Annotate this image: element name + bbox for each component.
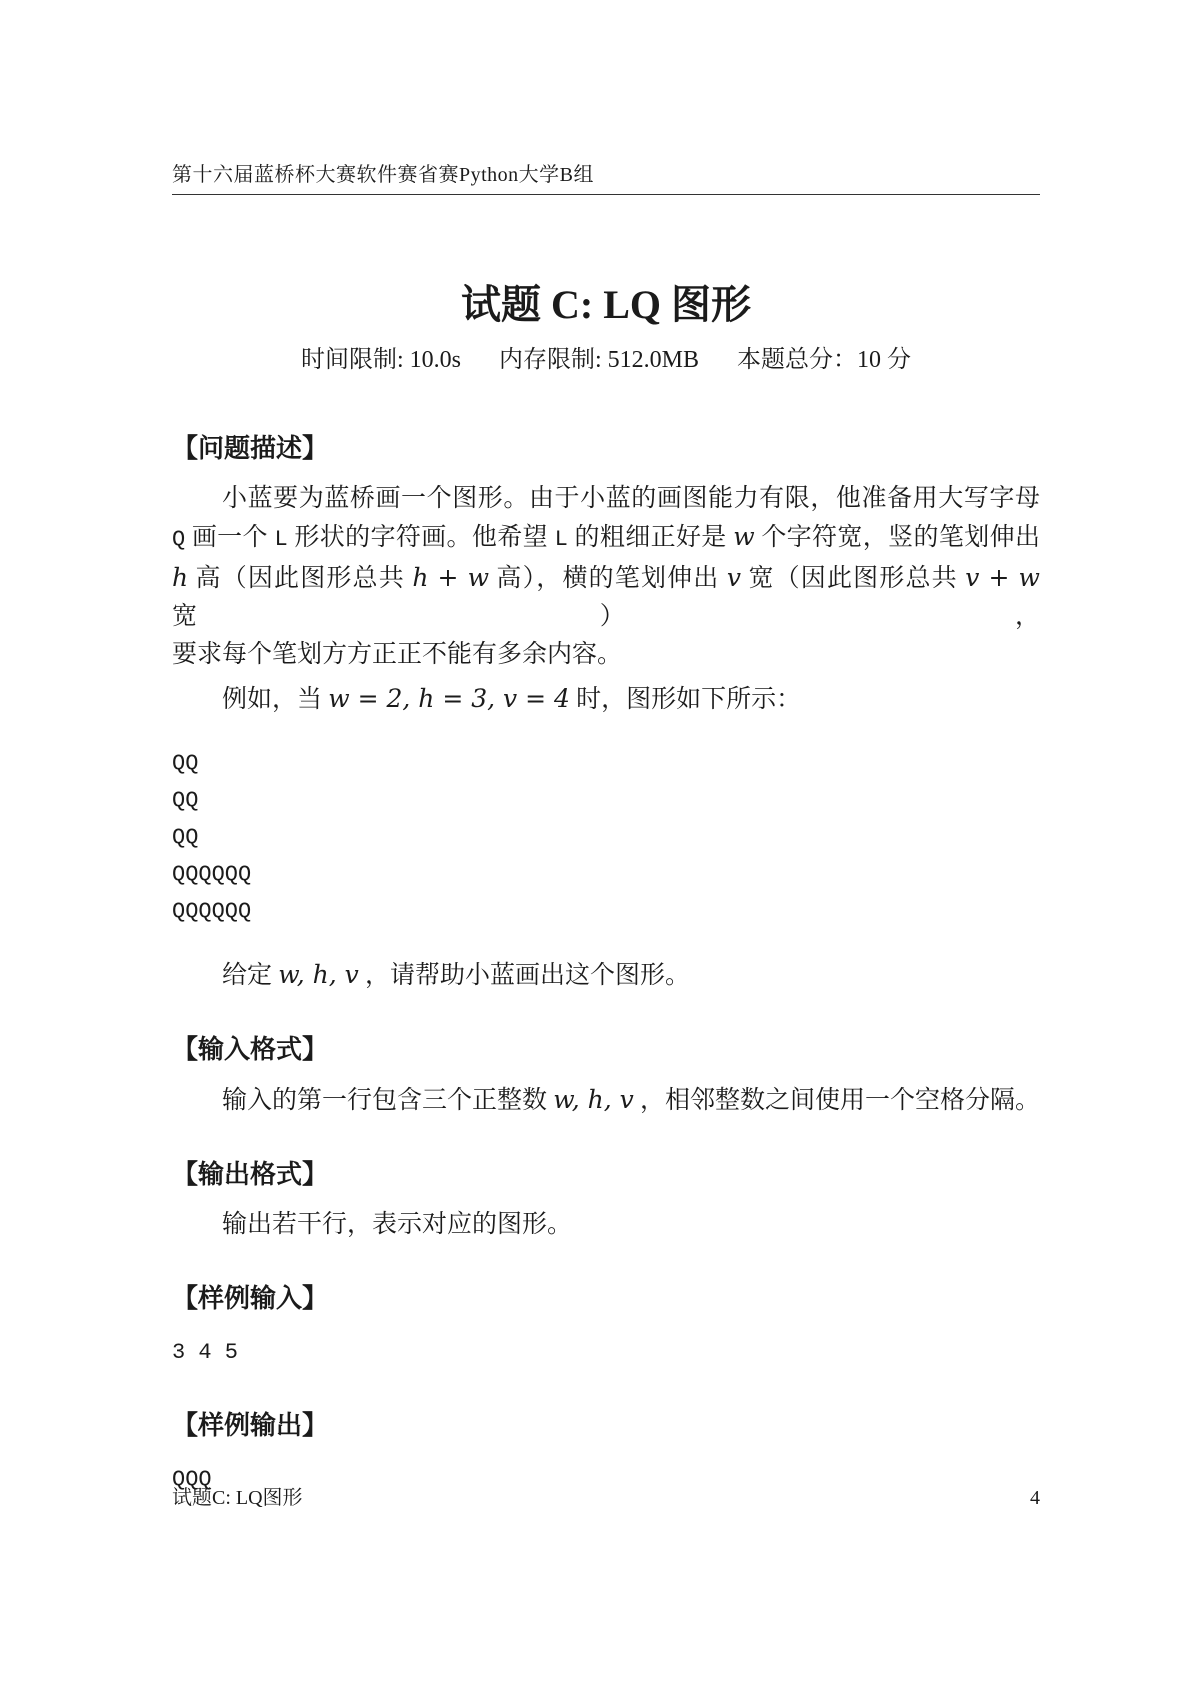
code-line: 3 4 5 [172, 1334, 1040, 1371]
meta-line: 时间限制: 10.0s内存限制: 512.0MB本题总分：10 分 [172, 345, 1040, 375]
section-heading: 【样例输出】 [172, 1407, 1040, 1443]
paragraph: 给定 w, h, v ，请帮助小蓝画出这个图形。 [172, 956, 1040, 995]
paragraph-line: h 高（因此图形总共 h + w 高），横的笔划伸出 v 宽（因此图形总共 v … [172, 559, 1040, 636]
problem-title: 试题 C: LQ 图形 [172, 281, 1040, 329]
paragraph: 小蓝要为蓝桥画一个图形。由于小蓝的画图能力有限，他准备用大写字母Q 画一个 L … [172, 480, 1040, 674]
running-head: 第十六届蓝桥杯大赛软件赛省赛Python大学B组 [172, 163, 1040, 187]
text-run: ，请帮助小蓝画出这个图形。 [359, 962, 690, 989]
math-variable: w [733, 522, 754, 551]
paragraph-line: 例如，当 w = 2, h = 3, v = 4 时，图形如下所示： [172, 680, 1040, 719]
code-line: QQ [172, 819, 1040, 856]
text-run: 宽）， [172, 603, 1040, 630]
math-variable: v + w [965, 563, 1040, 592]
section-heading: 【样例输入】 [172, 1280, 1040, 1316]
text-run: 小蓝要为蓝桥画一个图形。由于小蓝的画图能力有限，他准备用大写字母 [222, 485, 1040, 512]
header-rule [172, 194, 1040, 195]
math-variable: w, h, v [278, 960, 358, 989]
total-score: 本题总分：10 分 [737, 347, 911, 373]
page-footer: 试题C: LQ图形 4 [172, 1486, 1040, 1510]
math-variable: h + w [412, 563, 489, 592]
code-block: 3 4 5 [172, 1334, 1040, 1371]
text-run: 输入的第一行包含三个正整数 [222, 1087, 553, 1114]
math-variable: w, h, v [553, 1085, 633, 1114]
code-line: QQQQQQ [172, 856, 1040, 893]
paragraph-line: 要求每个笔划方方正正不能有多余内容。 [172, 636, 1040, 674]
text-run: 例如，当 [222, 686, 328, 713]
paragraph: 输入的第一行包含三个正整数 w, h, v ，相邻整数之间使用一个空格分隔。 [172, 1081, 1040, 1120]
text-run: 时，图形如下所示： [570, 686, 801, 713]
text-run: 要求每个笔划方方正正不能有多余内容。 [172, 641, 622, 668]
paragraph-line: 输入的第一行包含三个正整数 w, h, v ，相邻整数之间使用一个空格分隔。 [172, 1081, 1040, 1120]
math-variable: w = 2, h = 3, v = 4 [328, 684, 570, 713]
footer-title: 试题C: LQ图形 [172, 1486, 303, 1510]
paragraph-line: 小蓝要为蓝桥画一个图形。由于小蓝的画图能力有限，他准备用大写字母 [172, 480, 1040, 518]
text-run: 的粗细正好是 [568, 524, 733, 551]
code-literal: L [275, 527, 288, 552]
code-line: QQQQQQ [172, 893, 1040, 930]
paragraph-line: 输出若干行，表示对应的图形。 [172, 1206, 1040, 1244]
problem-section: 【输出格式】输出若干行，表示对应的图形。 [172, 1156, 1040, 1244]
paragraph: 输出若干行，表示对应的图形。 [172, 1206, 1040, 1244]
text-run: 高），横的笔划伸出 [489, 565, 727, 592]
code-literal: Q [172, 527, 185, 552]
text-run: 画一个 [185, 524, 274, 551]
section-heading: 【问题描述】 [172, 430, 1040, 466]
code-line: QQ [172, 782, 1040, 819]
page-number: 4 [1030, 1486, 1040, 1510]
problem-section: 【样例输入】3 4 5 [172, 1280, 1040, 1371]
code-line: QQ [172, 745, 1040, 782]
time-limit: 时间限制: 10.0s [301, 347, 461, 373]
section-heading: 【输入格式】 [172, 1031, 1040, 1067]
paragraph-line: 给定 w, h, v ，请帮助小蓝画出这个图形。 [172, 956, 1040, 995]
math-variable: h [172, 563, 188, 592]
sections-container: 【问题描述】小蓝要为蓝桥画一个图形。由于小蓝的画图能力有限，他准备用大写字母Q … [172, 430, 1040, 1498]
problem-section: 【输入格式】输入的第一行包含三个正整数 w, h, v ，相邻整数之间使用一个空… [172, 1031, 1040, 1120]
memory-limit: 内存限制: 512.0MB [499, 347, 699, 373]
text-run: 输出若干行，表示对应的图形。 [222, 1211, 572, 1238]
text-run: ，相邻整数之间使用一个空格分隔。 [634, 1087, 1040, 1114]
code-block: QQQQQQQQQQQQQQQQQQ [172, 745, 1040, 930]
text-run: 宽（因此图形总共 [741, 565, 965, 592]
text-run: 个字符宽，竖的笔划伸出 [755, 524, 1040, 551]
math-variable: v [727, 563, 741, 592]
problem-section: 【样例输出】QQQ [172, 1407, 1040, 1498]
paragraph: 例如，当 w = 2, h = 3, v = 4 时，图形如下所示： [172, 680, 1040, 719]
code-literal: L [555, 527, 568, 552]
text-run: 给定 [222, 962, 278, 989]
problem-section: 【问题描述】小蓝要为蓝桥画一个图形。由于小蓝的画图能力有限，他准备用大写字母Q … [172, 430, 1040, 995]
paragraph-line: Q 画一个 L 形状的字符画。他希望 L 的粗细正好是 w 个字符宽，竖的笔划伸… [172, 518, 1040, 559]
page-content: 第十六届蓝桥杯大赛软件赛省赛Python大学B组 试题 C: LQ 图形 时间限… [172, 0, 1040, 1498]
document-page: { "header": { "running_head": "第十六届蓝桥杯大赛… [0, 0, 1190, 1683]
text-run: 高（因此图形总共 [188, 565, 412, 592]
text-run: 形状的字符画。他希望 [288, 524, 555, 551]
section-heading: 【输出格式】 [172, 1156, 1040, 1192]
